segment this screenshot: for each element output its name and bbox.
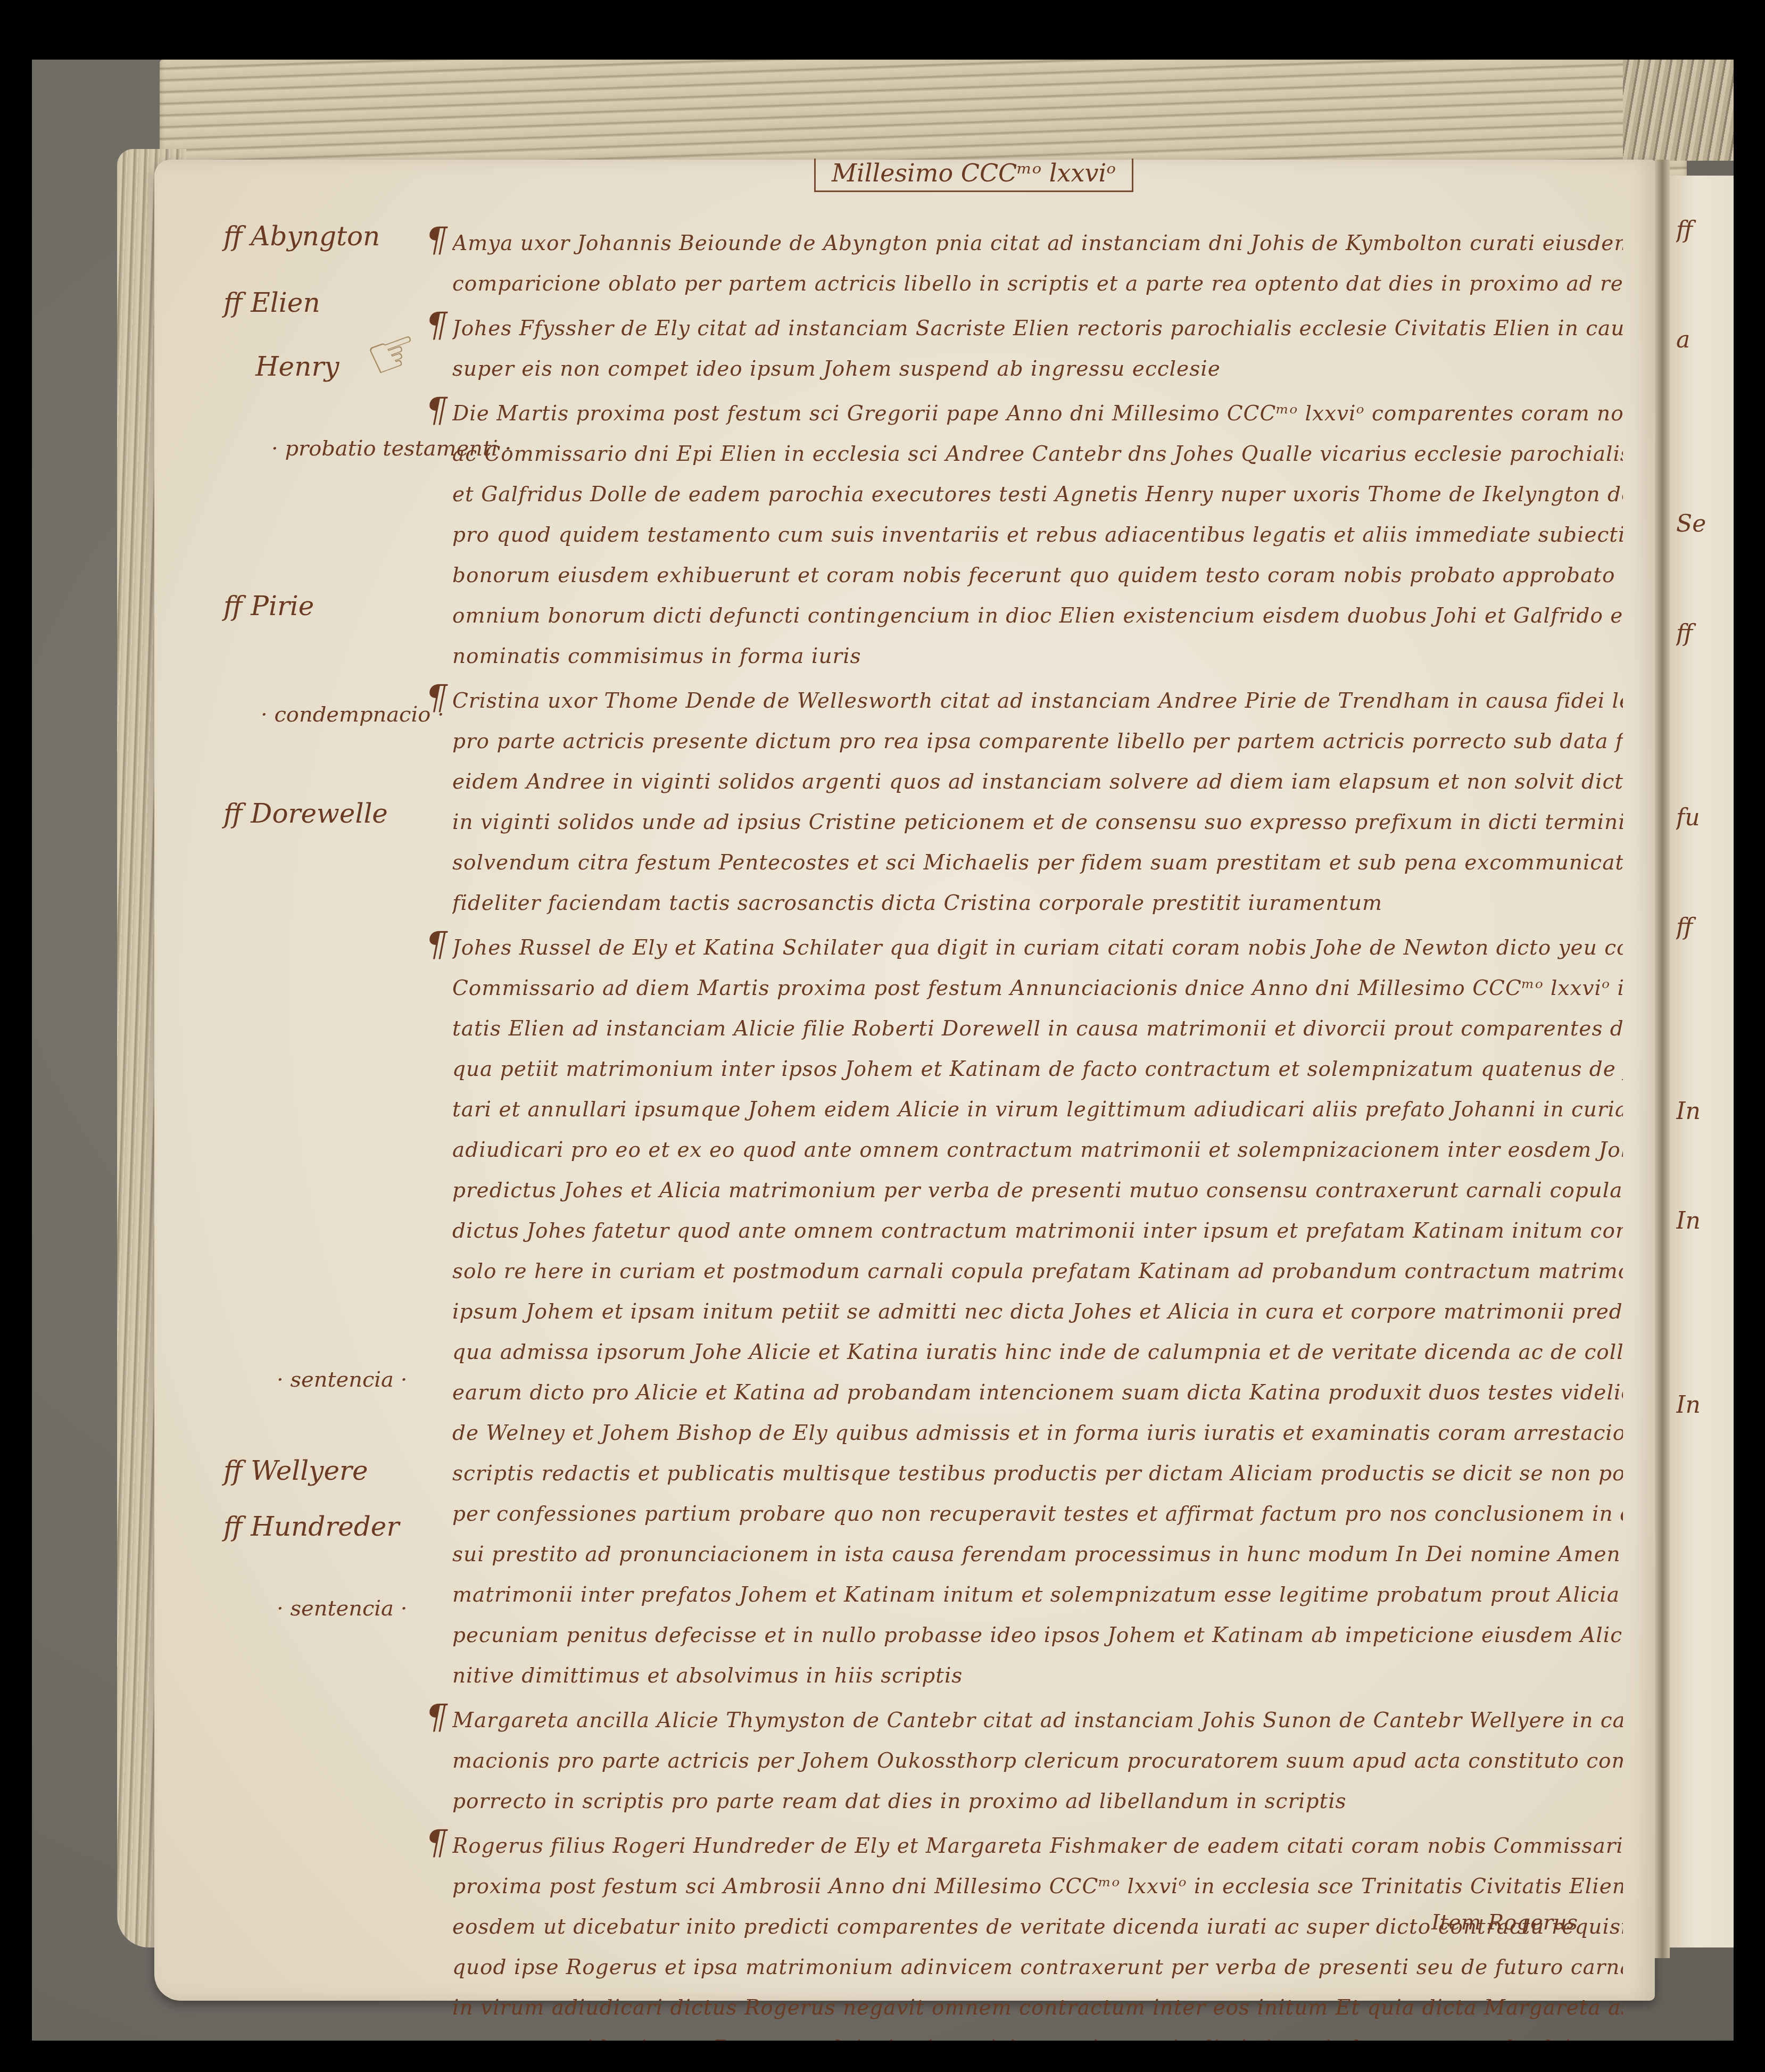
margin-note-condempnacio: · condempnacio · bbox=[261, 702, 444, 727]
paragraph-mark-icon: ¶ bbox=[426, 220, 448, 260]
paragraph-mark-icon: ¶ bbox=[426, 925, 448, 964]
text-line: Die Martis proxima post festum sci Grego… bbox=[452, 394, 1623, 434]
facing-fragment: Se bbox=[1676, 501, 1735, 547]
facing-fragment: In bbox=[1676, 1198, 1735, 1244]
text-line: Johes Ffyssher de Ely citat ad instancia… bbox=[452, 309, 1623, 349]
margin-note-sentencia2: · sentencia · bbox=[277, 1596, 407, 1621]
text-line: nominatis commisimus in forma iuris bbox=[452, 636, 1623, 677]
text-line: predictus Johes et Alicia matrimonium pe… bbox=[452, 1171, 1623, 1211]
margin-note-pirie: ff Pirie bbox=[223, 591, 314, 621]
text-line: solo re here in curiam et postmodum carn… bbox=[452, 1252, 1623, 1292]
text-line: in virum adiudicari dictus Rogerus negav… bbox=[452, 1988, 1623, 2028]
frame-bottom bbox=[0, 2041, 1765, 2072]
text-line: qua admissa ipsorum Johe Alicie et Katin… bbox=[452, 1332, 1623, 1373]
text-line: earum dicto pro Alicie et Katina ad prob… bbox=[452, 1373, 1623, 1413]
main-text-block: ¶Amya uxor Johannis Beiounde de Abyngton… bbox=[452, 223, 1623, 2072]
text-line: Amya uxor Johannis Beiounde de Abyngton … bbox=[452, 223, 1623, 264]
text-line: omnium bonorum dicti defuncti contingenc… bbox=[452, 596, 1623, 636]
text-line: per confessiones partium probare quo non… bbox=[452, 1494, 1623, 1535]
entry-hundreder: ¶Rogerus filius Rogeri Hundreder de Ely … bbox=[452, 1826, 1623, 2069]
text-line: scriptis redactis et publicatis multisqu… bbox=[452, 1454, 1623, 1494]
entry-abyngton: ¶Amya uxor Johannis Beiounde de Abyngton… bbox=[452, 223, 1623, 304]
entry-pirie: ¶Cristina uxor Thome Dende de Welleswort… bbox=[452, 681, 1623, 924]
entry-wellyere: ¶Margareta ancilla Alicie Thymyston de C… bbox=[452, 1701, 1623, 1822]
entry-elien: ¶Johes Ffyssher de Ely citat ad instanci… bbox=[452, 309, 1623, 389]
paragraph-mark-icon: ¶ bbox=[426, 305, 448, 345]
paragraph-mark-icon: ¶ bbox=[426, 391, 448, 430]
catchword: Item Rogerus bbox=[1431, 1910, 1578, 1935]
paragraph-mark-icon: ¶ bbox=[426, 678, 448, 717]
text-line: pecuniam penitus defecisse et in nullo p… bbox=[452, 1615, 1623, 1656]
facing-page-fragments: ffaSefffuffInInIn bbox=[1676, 208, 1735, 1492]
paragraph-mark-icon: ¶ bbox=[426, 1697, 448, 1737]
facing-fragment: ff bbox=[1676, 905, 1735, 950]
text-line: de Welney et Johem Bishop de Ely quibus … bbox=[452, 1413, 1623, 1454]
text-line: fideliter faciendam tactis sacrosanctis … bbox=[452, 883, 1623, 924]
frame-right bbox=[1734, 0, 1765, 2072]
text-line: eidem Andree in viginti solidos argenti … bbox=[452, 762, 1623, 802]
binding-gutter bbox=[1655, 160, 1670, 1958]
margin-note-abyngton: ff Abyngton bbox=[223, 221, 380, 252]
facing-fragment: a bbox=[1676, 317, 1735, 363]
text-line: nitive dimittimus et absolvimus in hiis … bbox=[452, 1656, 1623, 1696]
text-line: Commissario ad diem Martis proxima post … bbox=[452, 968, 1623, 1009]
text-line: ac Commissario dni Epi Elien in ecclesia… bbox=[452, 434, 1623, 475]
text-line: tari et annullari ipsumque Johem eidem A… bbox=[452, 1090, 1623, 1130]
text-line: tatis Elien ad instanciam Alicie filie R… bbox=[452, 1009, 1623, 1049]
text-line: Margareta ancilla Alicie Thymyston de Ca… bbox=[452, 1701, 1623, 1741]
text-line: bonorum eiusdem exhibuerunt et coram nob… bbox=[452, 556, 1623, 596]
margin-note-sentencia1: · sentencia · bbox=[277, 1367, 407, 1392]
text-line: dictus Johes fatetur quod ante omnem con… bbox=[452, 1211, 1623, 1252]
entry-henry: ¶Die Martis proxima post festum sci Greg… bbox=[452, 394, 1623, 677]
text-line: super eis non compet ideo ipsum Johem su… bbox=[452, 349, 1623, 389]
text-line: pro parte actricis presente dictum pro r… bbox=[452, 722, 1623, 762]
text-line: qua petiit matrimonium inter ipsos Johem… bbox=[452, 1049, 1623, 1090]
text-line: Cristina uxor Thome Dende de Wellesworth… bbox=[452, 681, 1623, 722]
text-line: comparicione oblato per partem actricis … bbox=[452, 264, 1623, 304]
text-line: adiudicari pro eo et ex eo quod ante omn… bbox=[452, 1130, 1623, 1171]
facing-fragment: ff bbox=[1676, 208, 1735, 253]
frame-top bbox=[0, 0, 1765, 60]
margin-note-hundreder: ff Hundreder bbox=[223, 1511, 399, 1542]
margin-note-wellyere: ff Wellyere bbox=[223, 1455, 368, 1486]
text-line: proxima post festum sci Ambrosii Anno dn… bbox=[452, 1867, 1623, 1907]
facing-fragment: In bbox=[1676, 1089, 1735, 1134]
binding-headband bbox=[1623, 60, 1734, 161]
margin-note-dorewelle: ff Dorewelle bbox=[223, 798, 388, 829]
text-line: porrecto in scriptis pro parte ream dat … bbox=[452, 1781, 1623, 1822]
text-line: matrimonii inter prefatos Johem et Katin… bbox=[452, 1575, 1623, 1615]
facing-fragment: In bbox=[1676, 1382, 1735, 1428]
text-line: solvendum citra festum Pentecostes et sc… bbox=[452, 843, 1623, 883]
facing-fragment: ff bbox=[1676, 611, 1735, 657]
text-line: macionis pro parte actricis per Johem Ou… bbox=[452, 1741, 1623, 1781]
text-line: Rogerus filius Rogeri Hundreder de Ely e… bbox=[452, 1826, 1623, 1867]
text-line: in viginti solidos unde ad ipsius Cristi… bbox=[452, 802, 1623, 843]
page-heading-year: Millesimo CCCᵐᵒ lxxviᵒ bbox=[814, 159, 1133, 192]
text-line: Johes Russel de Ely et Katina Schilater … bbox=[452, 928, 1623, 968]
margin-note-elien: ff Elien bbox=[223, 287, 320, 318]
facing-fragment: fu bbox=[1676, 795, 1735, 841]
text-line: ipsum Johem et ipsam initum petiit se ad… bbox=[452, 1292, 1623, 1332]
text-line: et Galfridus Dolle de eadem parochia exe… bbox=[452, 475, 1623, 515]
text-line: sui prestito ad pronunciacionem in ista … bbox=[452, 1535, 1623, 1575]
margin-note-henry: Henry bbox=[255, 351, 339, 382]
entry-dorewelle: ¶Johes Russel de Ely et Katina Schilater… bbox=[452, 928, 1623, 1696]
paragraph-mark-icon: ¶ bbox=[426, 1823, 448, 1862]
text-line: quod ipse Rogerus et ipsa matrimonium ad… bbox=[452, 1947, 1623, 1988]
frame-left bbox=[0, 0, 32, 2072]
text-line: pro quod quidem testamento cum suis inve… bbox=[452, 515, 1623, 556]
